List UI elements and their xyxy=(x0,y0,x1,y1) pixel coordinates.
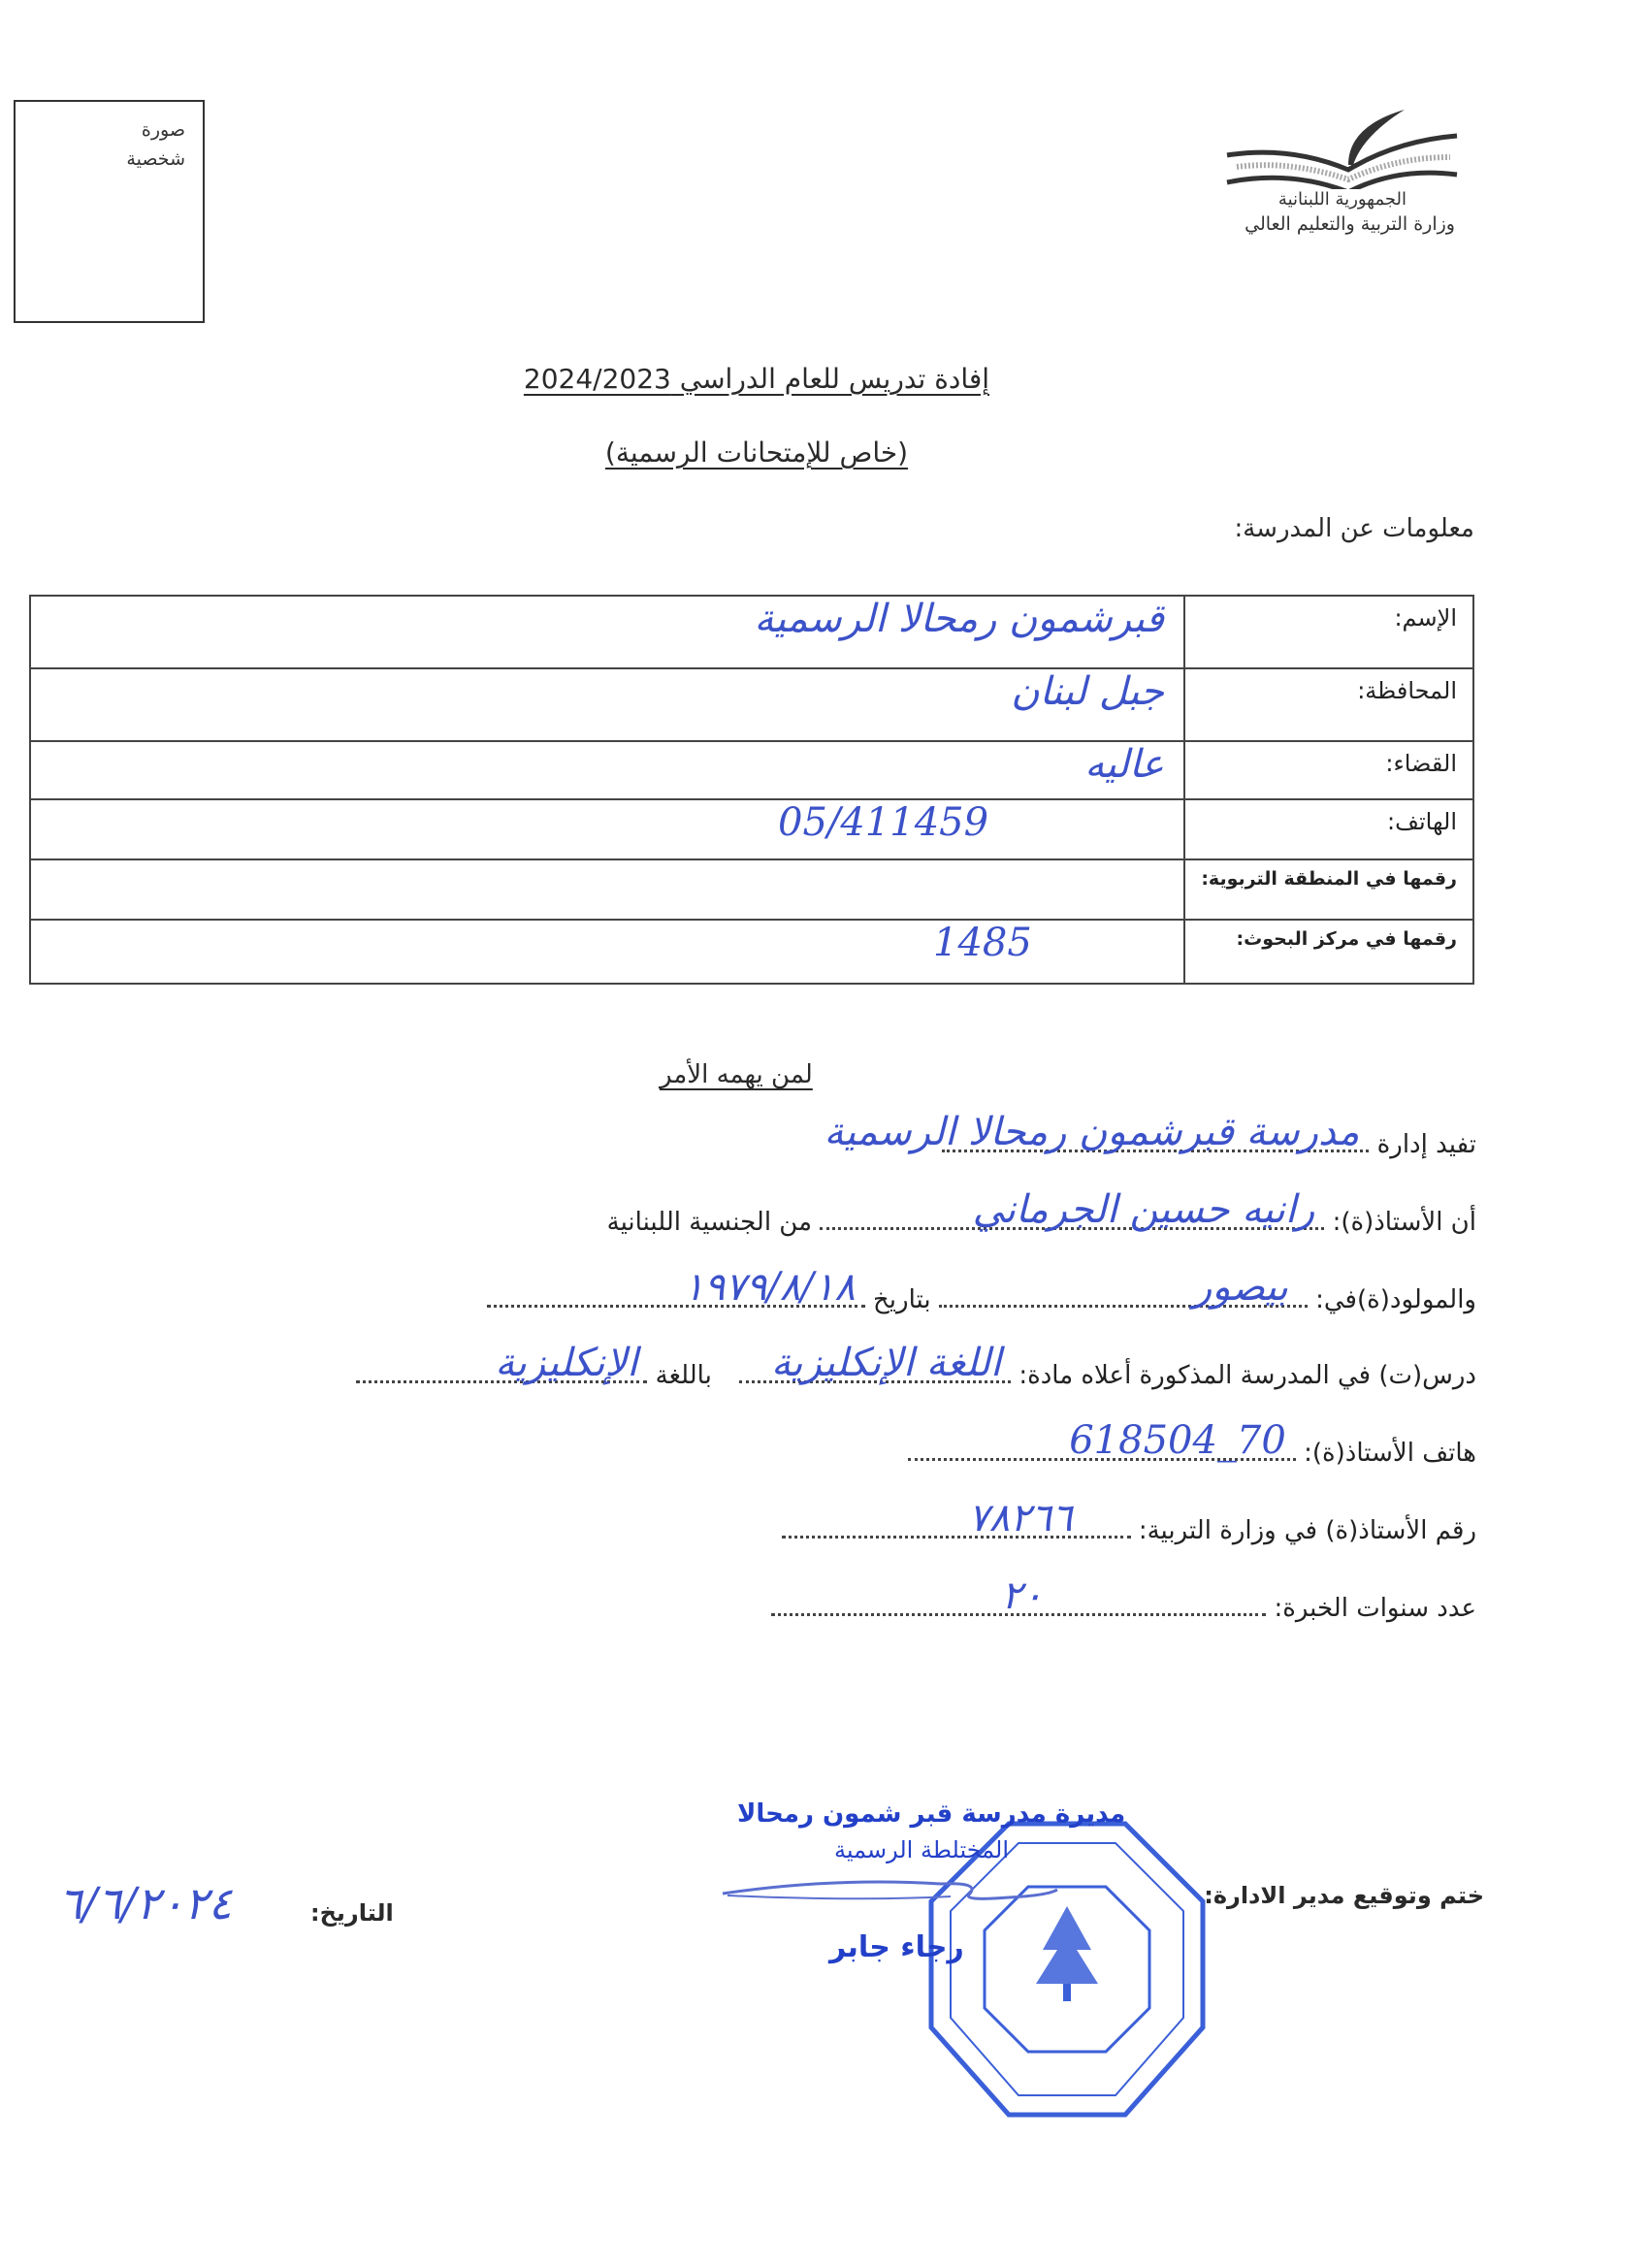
teacher-phone-prefix: هاتف الأستاذ(ة): xyxy=(1304,1439,1476,1468)
document-subtitle: (خاص للإمتحانات الرسمية) xyxy=(543,437,970,469)
teacher-phone-field: 70_618504 xyxy=(908,1441,1296,1461)
admin-field: مدرسة قبرشمون رمحالا الرسمية xyxy=(942,1132,1369,1152)
photo-placeholder-box: صورة شخصية xyxy=(14,100,205,323)
born-date-field: ١٩٧٩/٨/١٨ xyxy=(487,1287,865,1308)
ministry-number-value: ٧٨٢٦٦ xyxy=(968,1499,1072,1538)
school-phone-value: 05/411459 xyxy=(30,799,1184,859)
republic-name: الجمهورية اللبنانية xyxy=(1278,189,1406,210)
district-label: القضاء: xyxy=(1184,741,1473,799)
director-name: رجاء جابر xyxy=(829,1930,964,1964)
table-row: رقمها في المنطقة التربوية: xyxy=(30,859,1473,920)
research-center-number-value: 1485 xyxy=(30,920,1184,984)
experience-value: ٢٠ xyxy=(1001,1576,1043,1615)
ministry-number-prefix: رقم الأستاذ(ة) في وزارة التربية: xyxy=(1139,1516,1476,1545)
teacher-value: رانيه حسين الجرماني xyxy=(973,1190,1315,1229)
experience-field: ٢٠ xyxy=(771,1596,1266,1616)
admin-line: تفيد إدارة مدرسة قبرشمون رمحالا الرسمية xyxy=(942,1130,1476,1159)
director-title: مديرة مدرسة قبر شمون رمحالا xyxy=(737,1799,1125,1829)
research-center-number-label: رقمها في مركز البحوث: xyxy=(1184,920,1473,984)
admin-prefix: تفيد إدارة xyxy=(1377,1130,1476,1159)
date-value: ٦/٦/٢٠٢٤ xyxy=(58,1877,232,1929)
subject-value: اللغة الإنكليزية xyxy=(771,1344,1001,1382)
school-info-heading: معلومات عن المدرسة: xyxy=(1234,514,1474,543)
ministry-number-line: رقم الأستاذ(ة) في وزارة التربية: ٧٨٢٦٦ xyxy=(782,1516,1476,1545)
language-prefix: باللغة xyxy=(656,1361,712,1390)
school-name-value: قبرشمون رمحالا الرسمية xyxy=(30,596,1184,668)
table-row: 1485 رقمها في مركز البحوث: xyxy=(30,920,1473,984)
table-row: 05/411459 الهاتف: xyxy=(30,799,1473,859)
photo-label-line1: صورة xyxy=(126,115,185,145)
language-field: الإنكليزية xyxy=(356,1363,647,1383)
document-title: إفادة تدريس للعام الدراسي 2024/2023 xyxy=(495,363,1018,395)
school-phone-label: الهاتف: xyxy=(1184,799,1473,859)
table-row: جبل لبنان المحافظة: xyxy=(30,668,1473,741)
director-subtitle: المختلطة الرسمية xyxy=(834,1836,1009,1863)
born-prefix: والمولود(ة)في: xyxy=(1315,1285,1476,1314)
teacher-phone-line: هاتف الأستاذ(ة): 70_618504 xyxy=(908,1439,1476,1468)
experience-line: عدد سنوات الخبرة: ٢٠ xyxy=(771,1594,1476,1623)
born-place-value: بيصور xyxy=(1193,1268,1288,1307)
date-prefix: بتاريخ xyxy=(873,1285,931,1314)
teacher-field: رانيه حسين الجرماني xyxy=(820,1210,1324,1230)
admin-value: مدرسة قبرشمون رمحالا الرسمية xyxy=(824,1113,1360,1151)
governorate-value: جبل لبنان xyxy=(30,668,1184,741)
to-whom-heading: لمن يهمه الأمر xyxy=(660,1060,813,1089)
table-row: قبرشمون رمحالا الرسمية الإسم: xyxy=(30,596,1473,668)
district-value: عاليه xyxy=(30,741,1184,799)
ministry-name: وزارة التربية والتعليم العالي xyxy=(1245,213,1455,235)
photo-label-line2: شخصية xyxy=(126,145,185,174)
photo-label: صورة شخصية xyxy=(126,115,185,174)
experience-prefix: عدد سنوات الخبرة: xyxy=(1274,1594,1476,1623)
governorate-label: المحافظة: xyxy=(1184,668,1473,741)
regional-number-value xyxy=(30,859,1184,920)
table-row: عاليه القضاء: xyxy=(30,741,1473,799)
stamp-signature-label: ختم وتوقيع مدير الادارة: xyxy=(1204,1882,1484,1909)
nationality-text: من الجنسية اللبنانية xyxy=(607,1208,812,1237)
born-place-field: بيصور xyxy=(939,1287,1308,1308)
subject-line: درس(ت) في المدرسة المذكورة أعلاه مادة: ا… xyxy=(356,1361,1476,1390)
teacher-prefix: أن الأستاذ(ة): xyxy=(1333,1208,1476,1237)
open-book-icon xyxy=(1203,97,1465,189)
birth-line: والمولود(ة)في: بيصور بتاريخ ١٩٧٩/٨/١٨ xyxy=(487,1285,1476,1314)
signature-scribble-icon xyxy=(718,1872,1067,1911)
date-label: التاريخ: xyxy=(310,1899,394,1927)
language-value: الإنكليزية xyxy=(495,1344,637,1382)
teacher-line: أن الأستاذ(ة): رانيه حسين الجرماني من ال… xyxy=(607,1208,1476,1237)
ministry-logo: الجمهورية اللبنانية وزارة التربية والتعل… xyxy=(1203,97,1465,252)
regional-number-label: رقمها في المنطقة التربوية: xyxy=(1184,859,1473,920)
subject-field: اللغة الإنكليزية xyxy=(739,1363,1011,1383)
born-date-value: ١٩٧٩/٨/١٨ xyxy=(683,1268,855,1307)
taught-prefix: درس(ت) في المدرسة المذكورة أعلاه مادة: xyxy=(1018,1361,1476,1390)
teacher-phone-value: 70_618504 xyxy=(1069,1421,1286,1460)
ministry-number-field: ٧٨٢٦٦ xyxy=(782,1518,1131,1539)
school-name-label: الإسم: xyxy=(1184,596,1473,668)
school-info-table: قبرشمون رمحالا الرسمية الإسم: جبل لبنان … xyxy=(29,595,1474,985)
